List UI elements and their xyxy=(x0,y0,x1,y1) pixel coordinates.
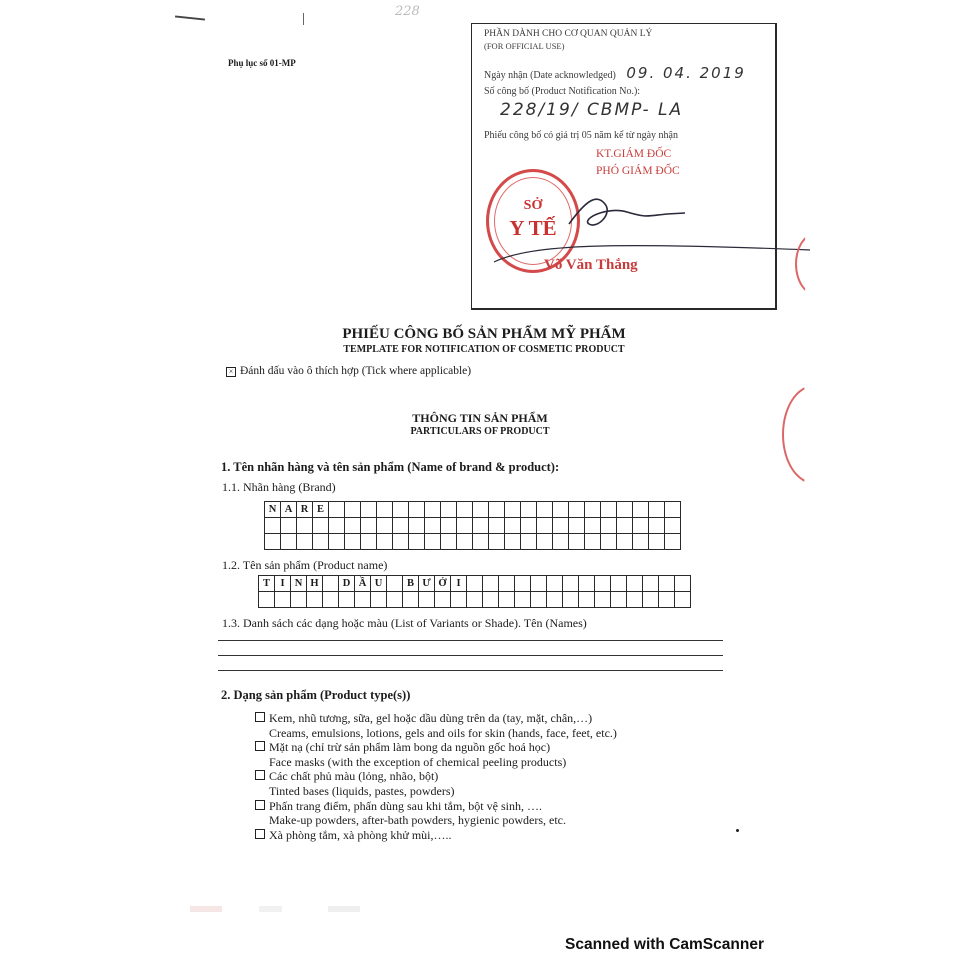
grid-cell: I xyxy=(275,576,291,592)
grid-cell xyxy=(611,592,627,608)
grid-cell xyxy=(617,534,633,550)
grid-cell xyxy=(547,592,563,608)
grid-cell xyxy=(585,518,601,534)
grid-cell: E xyxy=(313,502,329,518)
grid-cell xyxy=(345,534,361,550)
brand-label: 1.1. Nhãn hàng (Brand) xyxy=(222,480,336,495)
grid-cell xyxy=(585,502,601,518)
grid-cell xyxy=(569,518,585,534)
signer-title-1: KT.GIÁM ĐỐC xyxy=(596,148,671,160)
grid-cell xyxy=(313,518,329,534)
grid-cell xyxy=(339,592,355,608)
grid-cell xyxy=(627,576,643,592)
grid-cell xyxy=(499,592,515,608)
grid-cell xyxy=(643,576,659,592)
grid-cell xyxy=(361,534,377,550)
grid-cell xyxy=(409,534,425,550)
grid-cell xyxy=(489,518,505,534)
grid-cell: I xyxy=(451,576,467,592)
grid-cell xyxy=(425,518,441,534)
grid-cell xyxy=(515,576,531,592)
appendix-label: Phụ lục số 01-MP xyxy=(228,58,296,68)
tick-note-text: Đánh dấu vào ô thích hợp (Tick where app… xyxy=(240,365,471,377)
grid-cell xyxy=(387,576,403,592)
grid-cell xyxy=(579,592,595,608)
grid-cell xyxy=(553,534,569,550)
grid-cell xyxy=(355,592,371,608)
grid-cell xyxy=(553,502,569,518)
date-acknowledged-value: 09. 04. 2019 xyxy=(626,64,745,82)
grid-cell xyxy=(585,534,601,550)
product-type-item: Các chất phủ màu (lỏng, nhão, bột)Tinted… xyxy=(255,769,617,798)
grid-cell: Ở xyxy=(435,576,451,592)
grid-cell xyxy=(537,502,553,518)
grid-cell xyxy=(531,592,547,608)
grid-cell xyxy=(265,534,281,550)
date-label: Ngày nhận (Date acknowledged) xyxy=(484,70,616,81)
signature-stroke xyxy=(492,224,812,264)
product-type-vn: Xà phòng tắm, xà phòng khử mùi,….. xyxy=(269,828,451,842)
product-type-en: Make-up powders, after-bath powders, hyg… xyxy=(255,813,617,828)
grid-cell xyxy=(473,534,489,550)
grid-cell xyxy=(521,518,537,534)
grid-cell xyxy=(435,592,451,608)
grid-cell xyxy=(499,576,515,592)
grid-cell xyxy=(483,576,499,592)
partial-stamp xyxy=(795,232,839,296)
grid-cell: B xyxy=(403,576,419,592)
grid-cell xyxy=(403,592,419,608)
grid-cell xyxy=(675,576,691,592)
product-type-vn: Các chất phủ màu (lỏng, nhão, bột) xyxy=(269,769,438,783)
product-type-item: Mặt nạ (chỉ trừ sản phẩm làm bong da ngu… xyxy=(255,740,617,769)
grid-cell xyxy=(451,592,467,608)
grid-cell xyxy=(297,518,313,534)
notification-number-value: 228/19/ CBMP- LA xyxy=(500,100,683,120)
grid-cell xyxy=(665,502,681,518)
grid-cell xyxy=(377,518,393,534)
validity-text: Phiếu công bố có giá trị 05 năm kể từ ng… xyxy=(484,130,678,141)
grid-cell xyxy=(419,592,435,608)
grid-cell xyxy=(649,502,665,518)
product-type-vn: Phấn trang điểm, phấn dùng sau khi tắm, … xyxy=(269,799,542,813)
signer-name: Võ Văn Thắng xyxy=(544,257,638,274)
grid-cell xyxy=(441,534,457,550)
section-title: THÔNG TIN SẢN PHẨM xyxy=(0,411,960,426)
grid-cell xyxy=(649,534,665,550)
grid-cell: A xyxy=(281,502,297,518)
variant-line xyxy=(218,670,723,671)
grid-cell xyxy=(441,518,457,534)
product-name-grid: TINHDẦUBƯỞI xyxy=(258,575,691,608)
product-type-item: Kem, nhũ tương, sữa, gel hoặc dầu dùng t… xyxy=(255,711,617,740)
grid-cell xyxy=(409,518,425,534)
grid-cell xyxy=(633,534,649,550)
product-name-label: 1.2. Tên sản phẩm (Product name) xyxy=(222,558,387,573)
grid-cell xyxy=(553,518,569,534)
grid-cell xyxy=(601,534,617,550)
grid-cell xyxy=(441,502,457,518)
grid-cell: T xyxy=(259,576,275,592)
grid-cell: N xyxy=(265,502,281,518)
grid-cell xyxy=(505,518,521,534)
grid-cell xyxy=(665,518,681,534)
grid-cell xyxy=(281,534,297,550)
grid-cell xyxy=(329,502,345,518)
checkbox-icon[interactable] xyxy=(255,712,265,722)
grid-cell xyxy=(473,502,489,518)
grid-cell xyxy=(371,592,387,608)
grid-cell xyxy=(515,592,531,608)
official-use-title-en: (FOR OFFICIAL USE) xyxy=(484,41,564,51)
grid-cell xyxy=(643,592,659,608)
product-type-vn: Kem, nhũ tương, sữa, gel hoặc dầu dùng t… xyxy=(269,711,592,725)
grid-cell xyxy=(601,502,617,518)
grid-cell xyxy=(489,502,505,518)
grid-cell xyxy=(617,518,633,534)
grid-cell xyxy=(297,534,313,550)
grid-cell xyxy=(595,592,611,608)
grid-cell xyxy=(611,576,627,592)
grid-cell xyxy=(659,576,675,592)
grid-cell xyxy=(345,502,361,518)
grid-cell xyxy=(361,518,377,534)
checkbox-icon[interactable] xyxy=(255,800,265,810)
grid-cell: Ầ xyxy=(355,576,371,592)
product-type-item: Xà phòng tắm, xà phòng khử mùi,….. xyxy=(255,828,617,843)
product-type-list: Kem, nhũ tương, sữa, gel hoặc dầu dùng t… xyxy=(255,711,617,842)
grid-cell xyxy=(259,592,275,608)
grid-cell xyxy=(489,534,505,550)
notification-number-label: Số công bố (Product Notification No.): xyxy=(484,86,640,97)
grid-cell xyxy=(659,592,675,608)
product-type-en: Tinted bases (liquids, pastes, powders) xyxy=(255,784,617,799)
grid-cell xyxy=(377,502,393,518)
grid-cell xyxy=(329,534,345,550)
pen-mark xyxy=(175,15,205,20)
grid-cell xyxy=(473,518,489,534)
grid-cell xyxy=(563,576,579,592)
grid-cell: D xyxy=(339,576,355,592)
grid-cell xyxy=(467,576,483,592)
grid-cell xyxy=(265,518,281,534)
grid-cell xyxy=(457,518,473,534)
grid-cell xyxy=(649,518,665,534)
grid-cell xyxy=(505,534,521,550)
grid-cell xyxy=(393,518,409,534)
speck xyxy=(736,829,739,832)
grid-cell xyxy=(291,592,307,608)
checkbox-icon[interactable] xyxy=(255,741,265,751)
grid-cell xyxy=(281,518,297,534)
section-title-en: PARTICULARS OF PRODUCT xyxy=(0,426,960,437)
product-type-item: Phấn trang điểm, phấn dùng sau khi tắm, … xyxy=(255,799,617,828)
grid-cell xyxy=(595,576,611,592)
checkbox-icon[interactable] xyxy=(255,829,265,839)
grid-cell xyxy=(537,534,553,550)
official-use-box: PHẦN DÀNH CHO CƠ QUAN QUẢN LÝ (FOR OFFIC… xyxy=(471,23,777,310)
scanner-watermark: Scanned with CamScanner xyxy=(565,936,764,954)
section2-heading: 2. Dạng sản phẩm (Product type(s)) xyxy=(221,688,410,703)
grid-cell xyxy=(617,502,633,518)
grid-cell xyxy=(425,534,441,550)
document-title-en: TEMPLATE FOR NOTIFICATION OF COSMETIC PR… xyxy=(0,344,960,355)
grid-cell xyxy=(275,592,291,608)
grid-cell xyxy=(313,534,329,550)
grid-cell: H xyxy=(307,576,323,592)
grid-cell xyxy=(323,592,339,608)
product-type-en: Face masks (with the exception of chemic… xyxy=(255,755,617,770)
grid-cell xyxy=(569,502,585,518)
variants-label: 1.3. Danh sách các dạng hoặc màu (List o… xyxy=(222,616,587,631)
grid-cell: U xyxy=(371,576,387,592)
grid-cell xyxy=(505,502,521,518)
product-type-vn: Mặt nạ (chỉ trừ sản phẩm làm bong da ngu… xyxy=(269,740,550,754)
grid-cell xyxy=(633,518,649,534)
grid-cell xyxy=(329,518,345,534)
grid-cell: N xyxy=(291,576,307,592)
pen-mark xyxy=(303,13,304,25)
faint-marks xyxy=(190,906,420,912)
grid-cell xyxy=(393,534,409,550)
grid-cell xyxy=(521,502,537,518)
grid-cell xyxy=(633,502,649,518)
product-type-en: Creams, emulsions, lotions, gels and oil… xyxy=(255,726,617,741)
grid-cell xyxy=(483,592,499,608)
variant-line xyxy=(218,655,723,656)
tick-note: ×Đánh dấu vào ô thích hợp (Tick where ap… xyxy=(226,365,471,377)
section1-heading: 1. Tên nhãn hàng và tên sản phẩm (Name o… xyxy=(221,460,559,475)
signer-title-2: PHÓ GIÁM ĐỐC xyxy=(596,165,680,177)
grid-cell xyxy=(569,534,585,550)
grid-cell xyxy=(323,576,339,592)
grid-cell xyxy=(409,502,425,518)
grid-cell xyxy=(361,502,377,518)
checkbox-icon[interactable] xyxy=(255,770,265,780)
official-use-title: PHẦN DÀNH CHO CƠ QUAN QUẢN LÝ xyxy=(484,29,652,39)
date-acknowledged-label: Ngày nhận (Date acknowledged) 09. 04. 20… xyxy=(484,64,746,82)
grid-cell xyxy=(457,502,473,518)
grid-cell xyxy=(537,518,553,534)
grid-cell xyxy=(521,534,537,550)
grid-cell xyxy=(467,592,483,608)
grid-cell xyxy=(675,592,691,608)
document-title: PHIẾU CÔNG BỐ SẢN PHẨM MỸ PHẨM xyxy=(0,326,960,343)
brand-grid: NARE xyxy=(264,501,681,550)
grid-cell: Ư xyxy=(419,576,435,592)
grid-cell xyxy=(345,518,361,534)
grid-cell xyxy=(393,502,409,518)
grid-cell xyxy=(579,576,595,592)
grid-cell xyxy=(601,518,617,534)
handwritten-number: 228 xyxy=(395,4,420,19)
grid-cell xyxy=(457,534,473,550)
grid-cell xyxy=(377,534,393,550)
grid-cell xyxy=(387,592,403,608)
grid-cell xyxy=(547,576,563,592)
checked-box-icon: × xyxy=(226,367,236,377)
grid-cell xyxy=(563,592,579,608)
grid-cell xyxy=(531,576,547,592)
variant-line xyxy=(218,640,723,641)
grid-cell xyxy=(425,502,441,518)
stamp-text: SỞ xyxy=(489,198,577,214)
grid-cell xyxy=(307,592,323,608)
grid-cell: R xyxy=(297,502,313,518)
grid-cell xyxy=(665,534,681,550)
grid-cell xyxy=(627,592,643,608)
